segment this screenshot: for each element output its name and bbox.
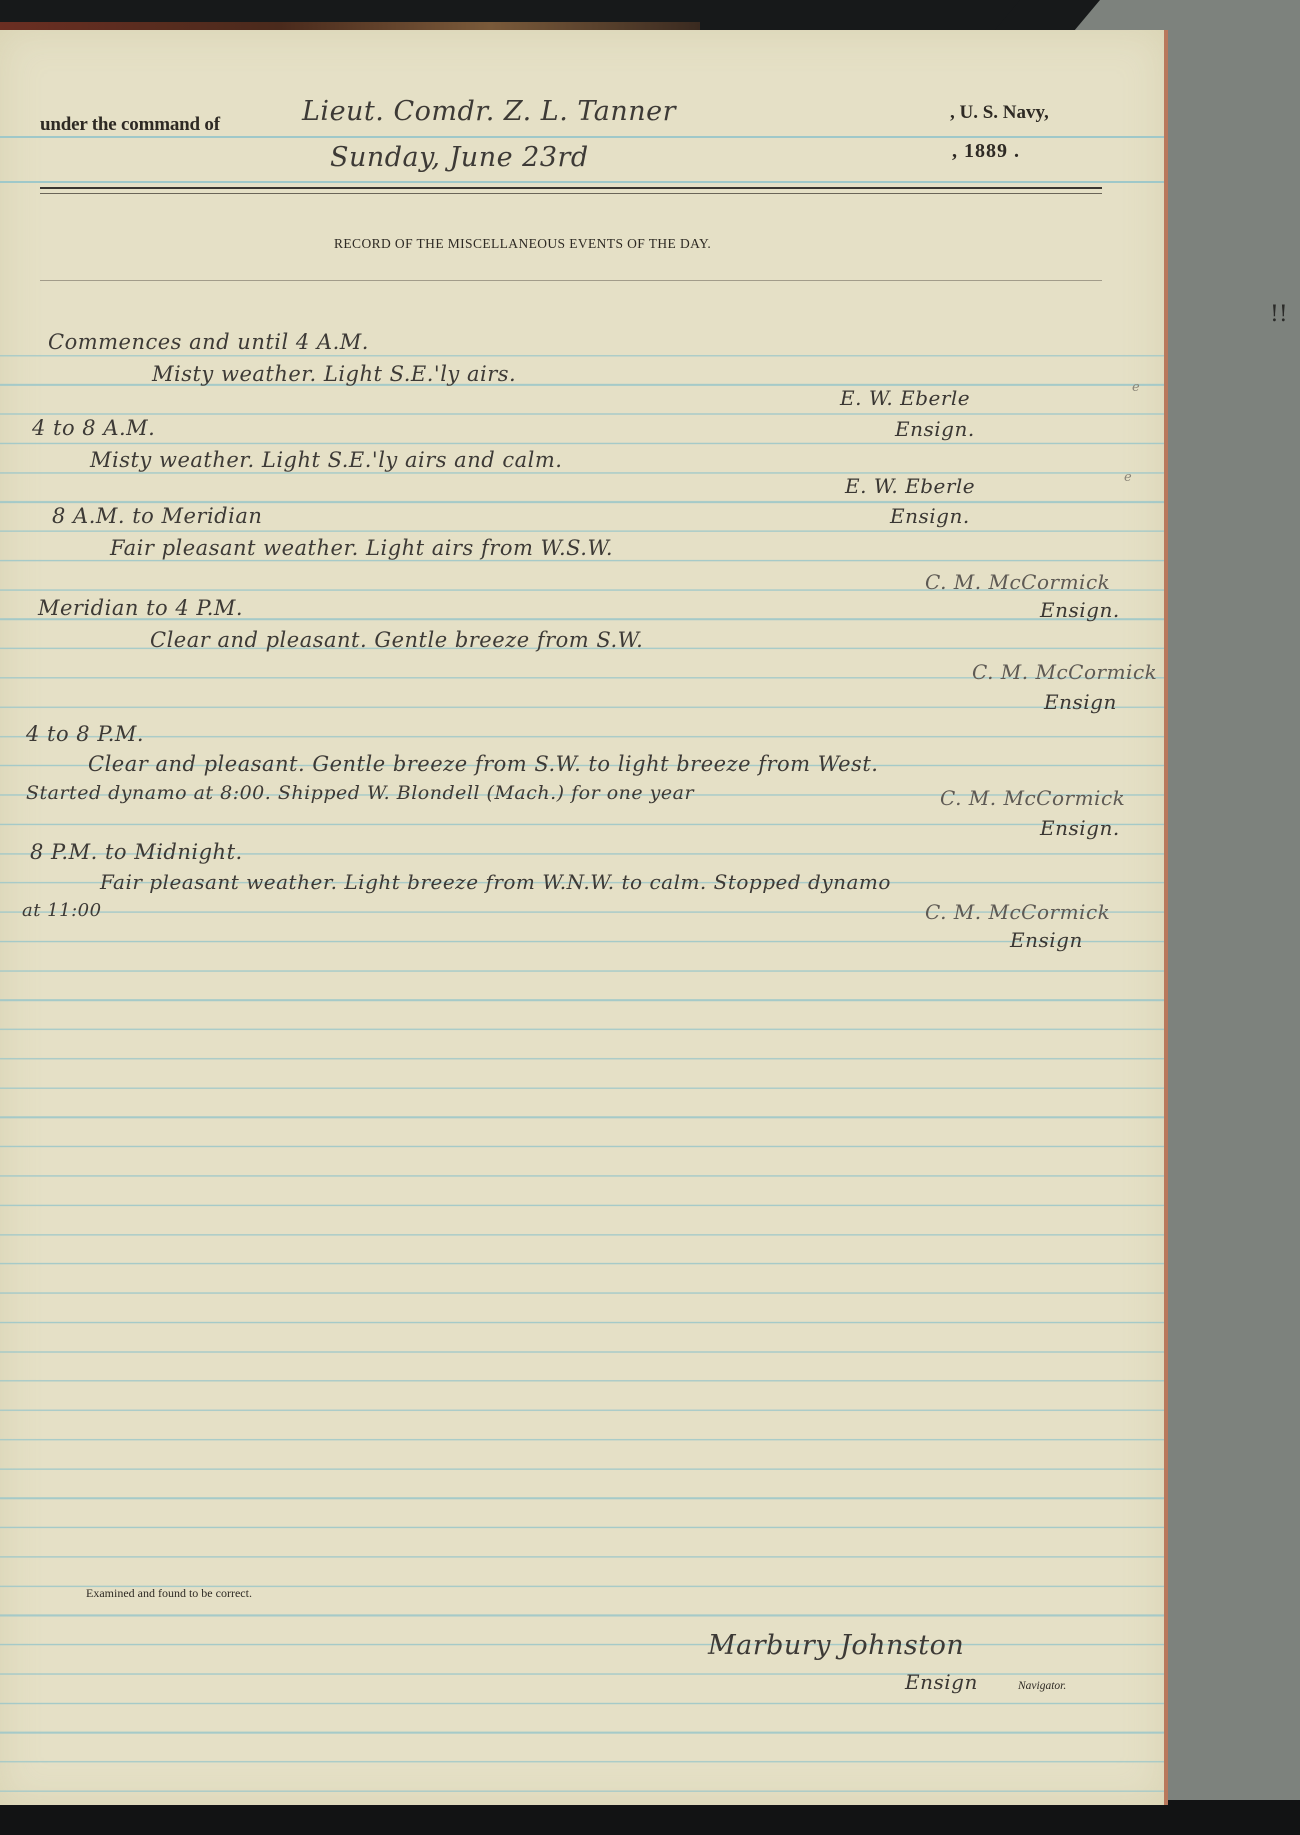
watch-label: Commences and until 4 A.M. xyxy=(48,330,369,354)
commander-name: Lieut. Comdr. Z. L. Tanner xyxy=(302,96,676,127)
signature-rank: Ensign. xyxy=(1040,598,1120,622)
watch-label: 4 to 8 A.M. xyxy=(32,416,155,440)
remarks-line: at 11:00 xyxy=(22,900,102,921)
header-rule-1 xyxy=(0,136,1164,138)
signature-name: E. W. Eberle xyxy=(840,386,970,410)
remarks-line: Fair pleasant weather. Light airs from W… xyxy=(110,536,613,560)
logbook-page: under the command of Lieut. Comdr. Z. L.… xyxy=(0,30,1168,1805)
margin-mark: e xyxy=(1124,470,1132,485)
navigator-rank: Ensign xyxy=(905,1670,978,1694)
backdrop-book-cover-bottom xyxy=(0,1800,1300,1835)
examined-statement: Examined and found to be correct. xyxy=(86,1586,252,1601)
header-rule-2 xyxy=(0,181,1164,183)
signature-rank: Ensign xyxy=(1044,690,1117,714)
signature-rank: Ensign. xyxy=(890,504,970,528)
remarks-line: Misty weather. Light S.E.'ly airs. xyxy=(152,362,516,386)
watch-label: 8 A.M. to Meridian xyxy=(52,504,262,528)
signature-name: C. M. McCormick xyxy=(925,900,1110,924)
remarks-line: Fair pleasant weather. Light breeze from… xyxy=(100,870,891,894)
command-label: under the command of xyxy=(40,114,220,136)
watch-label: 4 to 8 P.M. xyxy=(26,722,144,746)
signature-name: C. M. McCormick xyxy=(925,570,1110,594)
navy-label: , U. S. Navy, xyxy=(950,102,1049,124)
signature-name: C. M. McCormick xyxy=(940,786,1125,810)
section-title: RECORD OF THE MISCELLANEOUS EVENTS OF TH… xyxy=(334,236,711,252)
remarks-line: Misty weather. Light S.E.'ly airs and ca… xyxy=(90,448,562,472)
signature-rank: Ensign. xyxy=(1040,816,1120,840)
remarks-line: Started dynamo at 8:00. Shipped W. Blond… xyxy=(26,782,694,804)
signature-rank: Ensign. xyxy=(895,417,975,441)
signature-name: E. W. Eberle xyxy=(845,474,975,498)
double-rule-bottom xyxy=(40,193,1102,194)
section-rule xyxy=(40,280,1102,281)
backdrop-ink-mark: !! xyxy=(1270,302,1288,327)
margin-mark: e xyxy=(1132,380,1140,395)
remarks-line: Clear and pleasant. Gentle breeze from S… xyxy=(88,752,878,776)
watch-label: Meridian to 4 P.M. xyxy=(38,596,243,620)
signature-rank: Ensign xyxy=(1010,928,1083,952)
double-rule-top xyxy=(40,187,1102,189)
signature-name: C. M. McCormick xyxy=(972,660,1157,684)
watch-label: 8 P.M. to Midnight. xyxy=(30,840,243,864)
navigator-signature: Marbury Johnston xyxy=(708,1630,964,1661)
remarks-line: Clear and pleasant. Gentle breeze from S… xyxy=(150,628,643,652)
navigator-label: Navigator. xyxy=(1018,1680,1066,1692)
log-year: , 1889 . xyxy=(952,140,1020,163)
log-date: Sunday, June 23rd xyxy=(330,142,589,173)
